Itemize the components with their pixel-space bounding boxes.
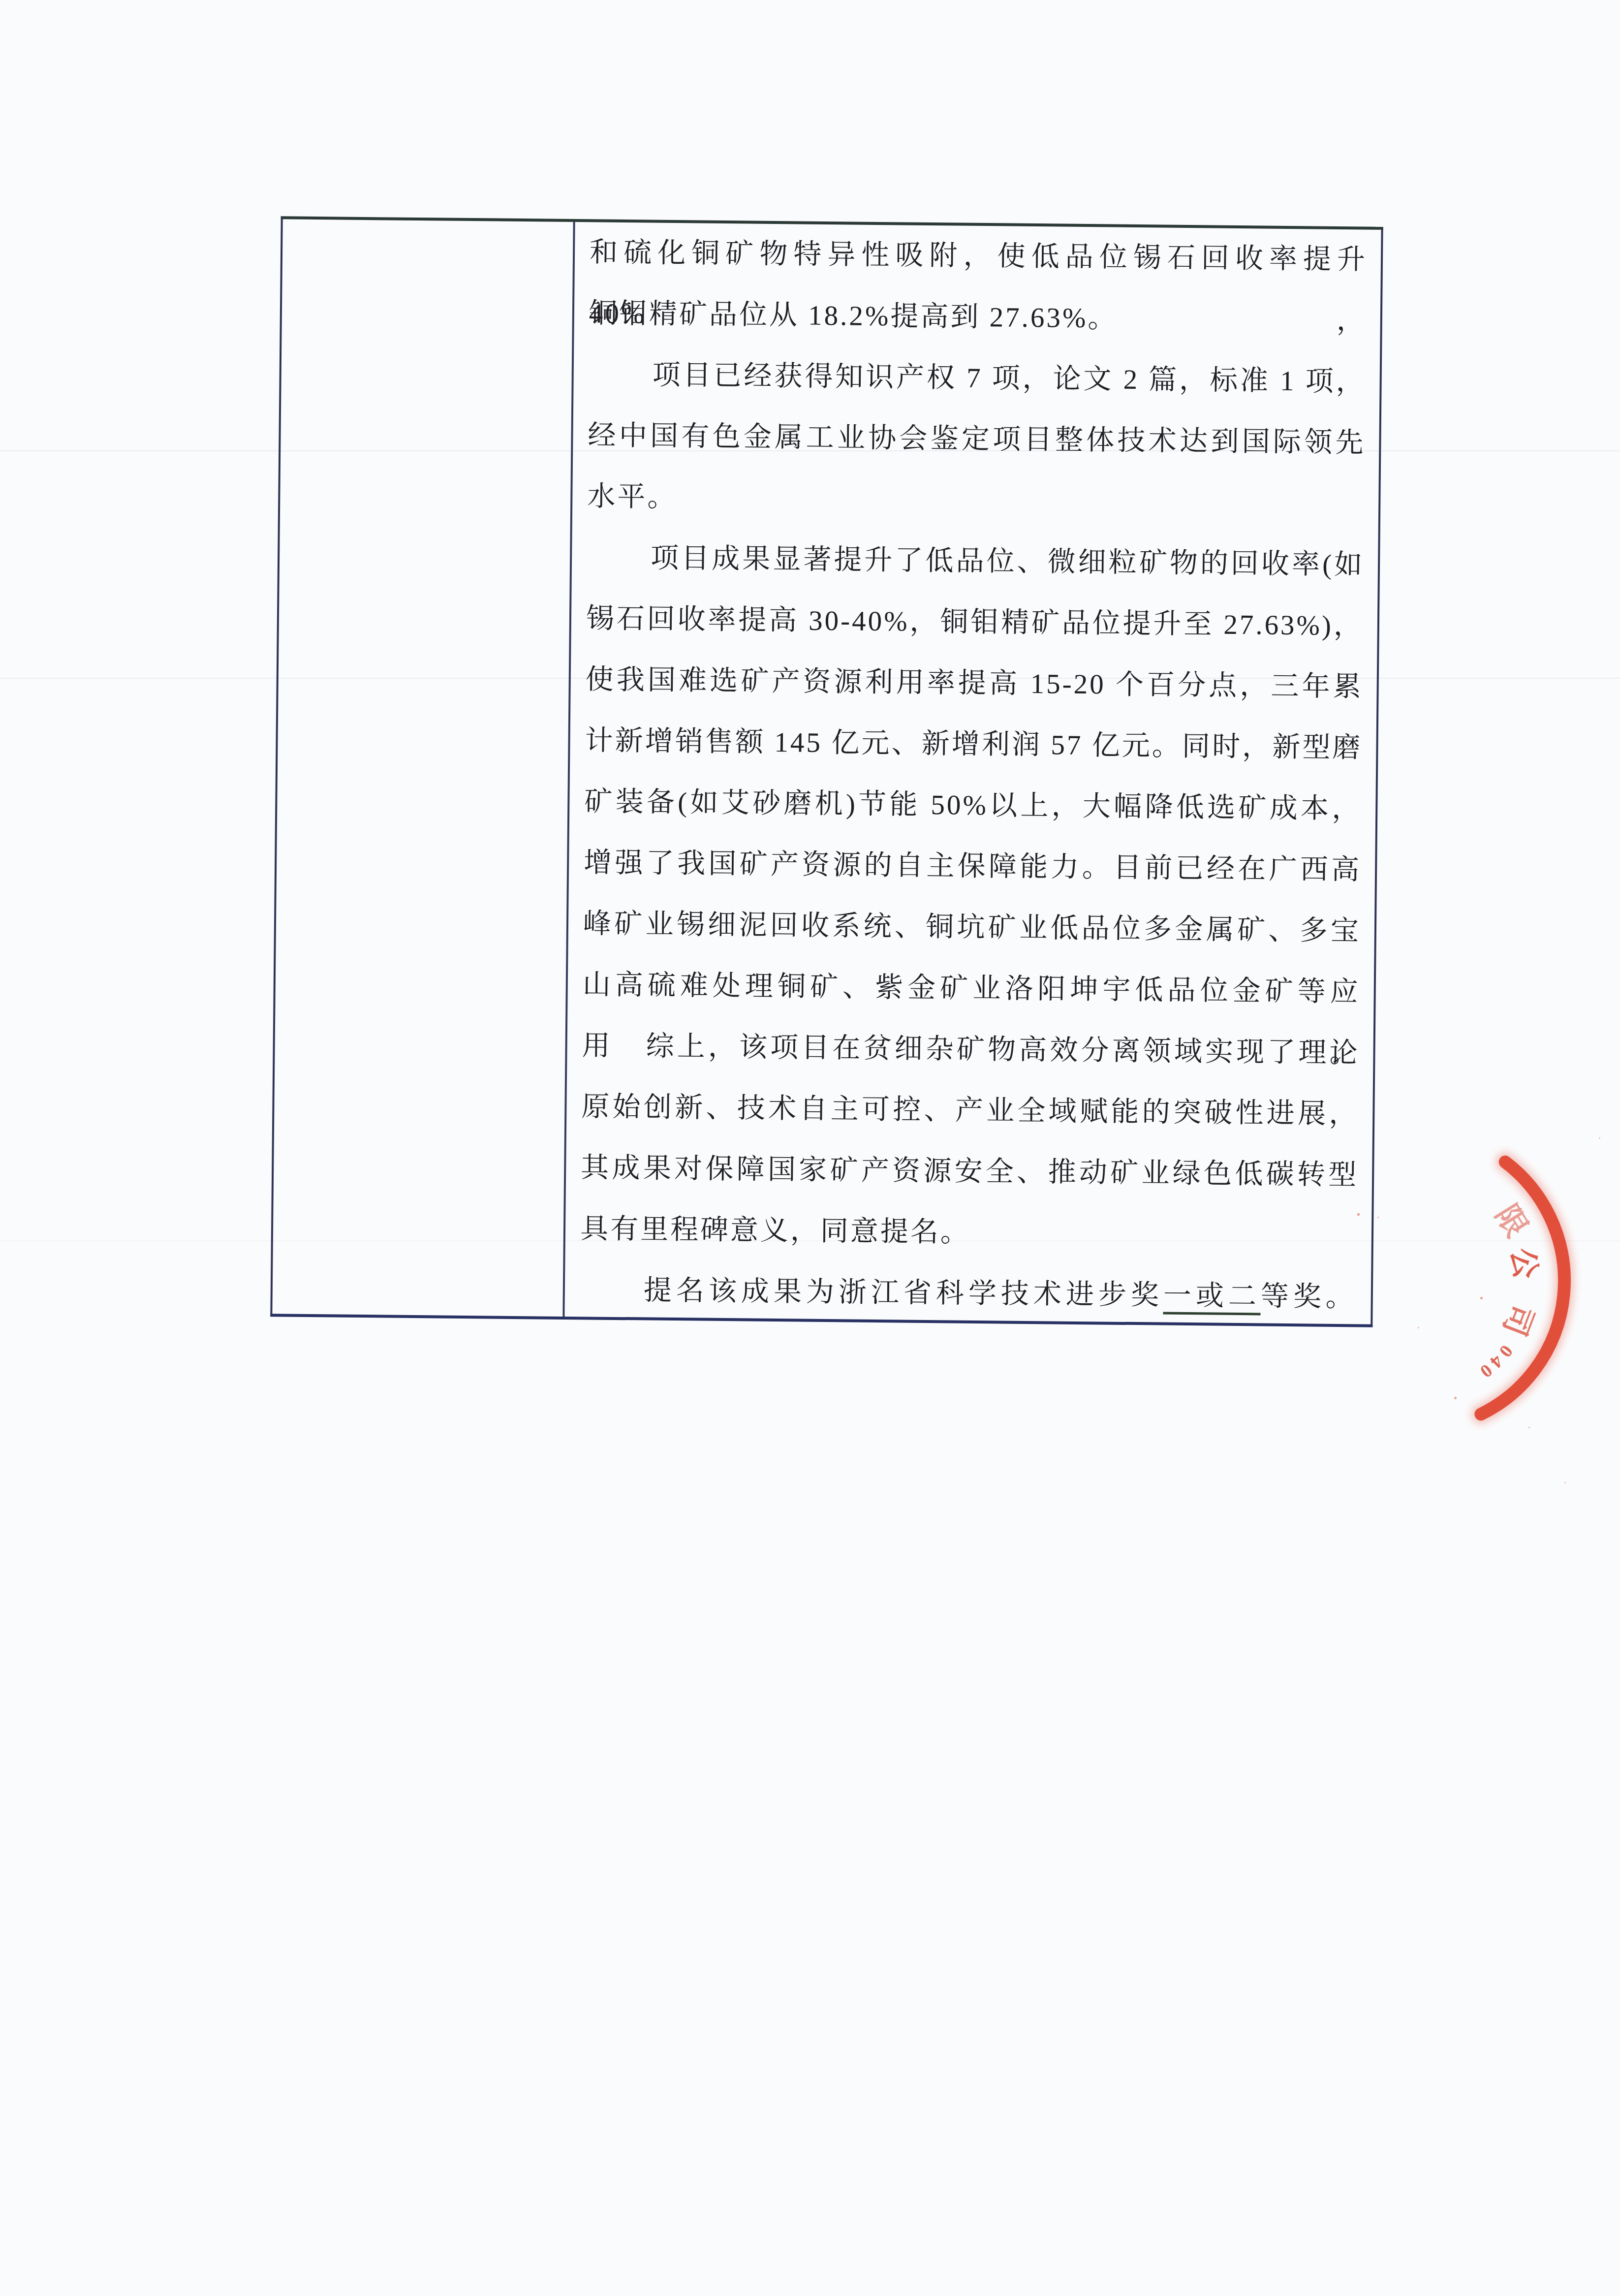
text-line: 原始创新、技术自主可控、产业全域赋能的突破性进展， — [581, 1076, 1359, 1145]
text-line: 综上，该项目在贫细杂矿物高效分离领域实现了理论 — [582, 1015, 1360, 1084]
text-line: 具有里程碑意义，同意提名。 — [580, 1198, 1358, 1267]
text-line: 峰矿业锡细泥回收系统、铜坑矿业低品位多金属矿、多宝 — [583, 893, 1361, 962]
scanned-page: 和硫化铜矿物特异性吸附，使低品位锡石回收率提升 40%， 铜钼精矿品位从 18.… — [0, 0, 1620, 2296]
text-line: 项目成果显著提升了低品位、微细粒矿物的回收率(如 — [587, 527, 1365, 596]
nomination-lead: 提名该成果为浙江省科学技术进步奖 — [644, 1275, 1164, 1311]
text-line: 矿装备(如艾砂磨机)节能 50%以上，大幅降低选矿成本， — [584, 771, 1362, 840]
text-line: 水平。 — [587, 466, 1365, 535]
seal-serial-digit: 4 — [1486, 1351, 1508, 1373]
form-table-fragment: 和硫化铜矿物特异性吸附，使低品位锡石回收率提升 40%， 铜钼精矿品位从 18.… — [270, 216, 1383, 1327]
text-line: 增强了我国矿产资源的自主保障能力。目前已经在广西高 — [584, 832, 1362, 901]
text-line: 经中国有色金属工业协会鉴定项目整体技术达到国际领先 — [588, 405, 1366, 473]
text-line: 使我国难选矿产资源利用率提高 15-20 个百分点，三年累 — [585, 649, 1363, 718]
table-left-column-empty — [272, 219, 573, 1317]
nomination-line: 提名该成果为浙江省科学技术进步奖一或二等奖。 — [579, 1259, 1357, 1328]
seal-character: 司 — [1495, 1299, 1546, 1343]
nomination-tail: 等奖。 — [1261, 1281, 1359, 1313]
text-line: 计新增销售额 145 亿元、新增利润 57 亿元。同时，新型磨 — [585, 710, 1363, 779]
text-line: 锡石回收率提高 30-40%，铜钼精矿品位提升至 27.63%)， — [586, 588, 1364, 657]
ink-speckles — [1357, 1213, 1360, 1216]
seal-character: 公 — [1502, 1244, 1551, 1281]
nomination-grade-underlined: 一或二 — [1163, 1280, 1261, 1316]
seal-serial-digit: 0 — [1495, 1341, 1517, 1361]
text-line: 其成果对保障国家矿产资源安全、推动矿业绿色低碳转型 — [581, 1137, 1359, 1206]
seal-serial-digit: 0 — [1476, 1359, 1496, 1382]
text-line: 和硫化铜矿物特异性吸附，使低品位锡石回收率提升 40%， — [590, 222, 1368, 290]
text-line: 项目已经获得知识产权 7 项，论文 2 篇，标准 1 项， — [588, 344, 1366, 412]
text-line: 山高硫难处理铜矿、紫金矿业洛阳坤宇低品位金矿等应用。 — [582, 954, 1360, 1023]
seal-character: 限 — [1487, 1195, 1540, 1244]
table-text-cell: 和硫化铜矿物特异性吸附，使低品位锡石回收率提升 40%， 铜钼精矿品位从 18.… — [579, 222, 1367, 1328]
